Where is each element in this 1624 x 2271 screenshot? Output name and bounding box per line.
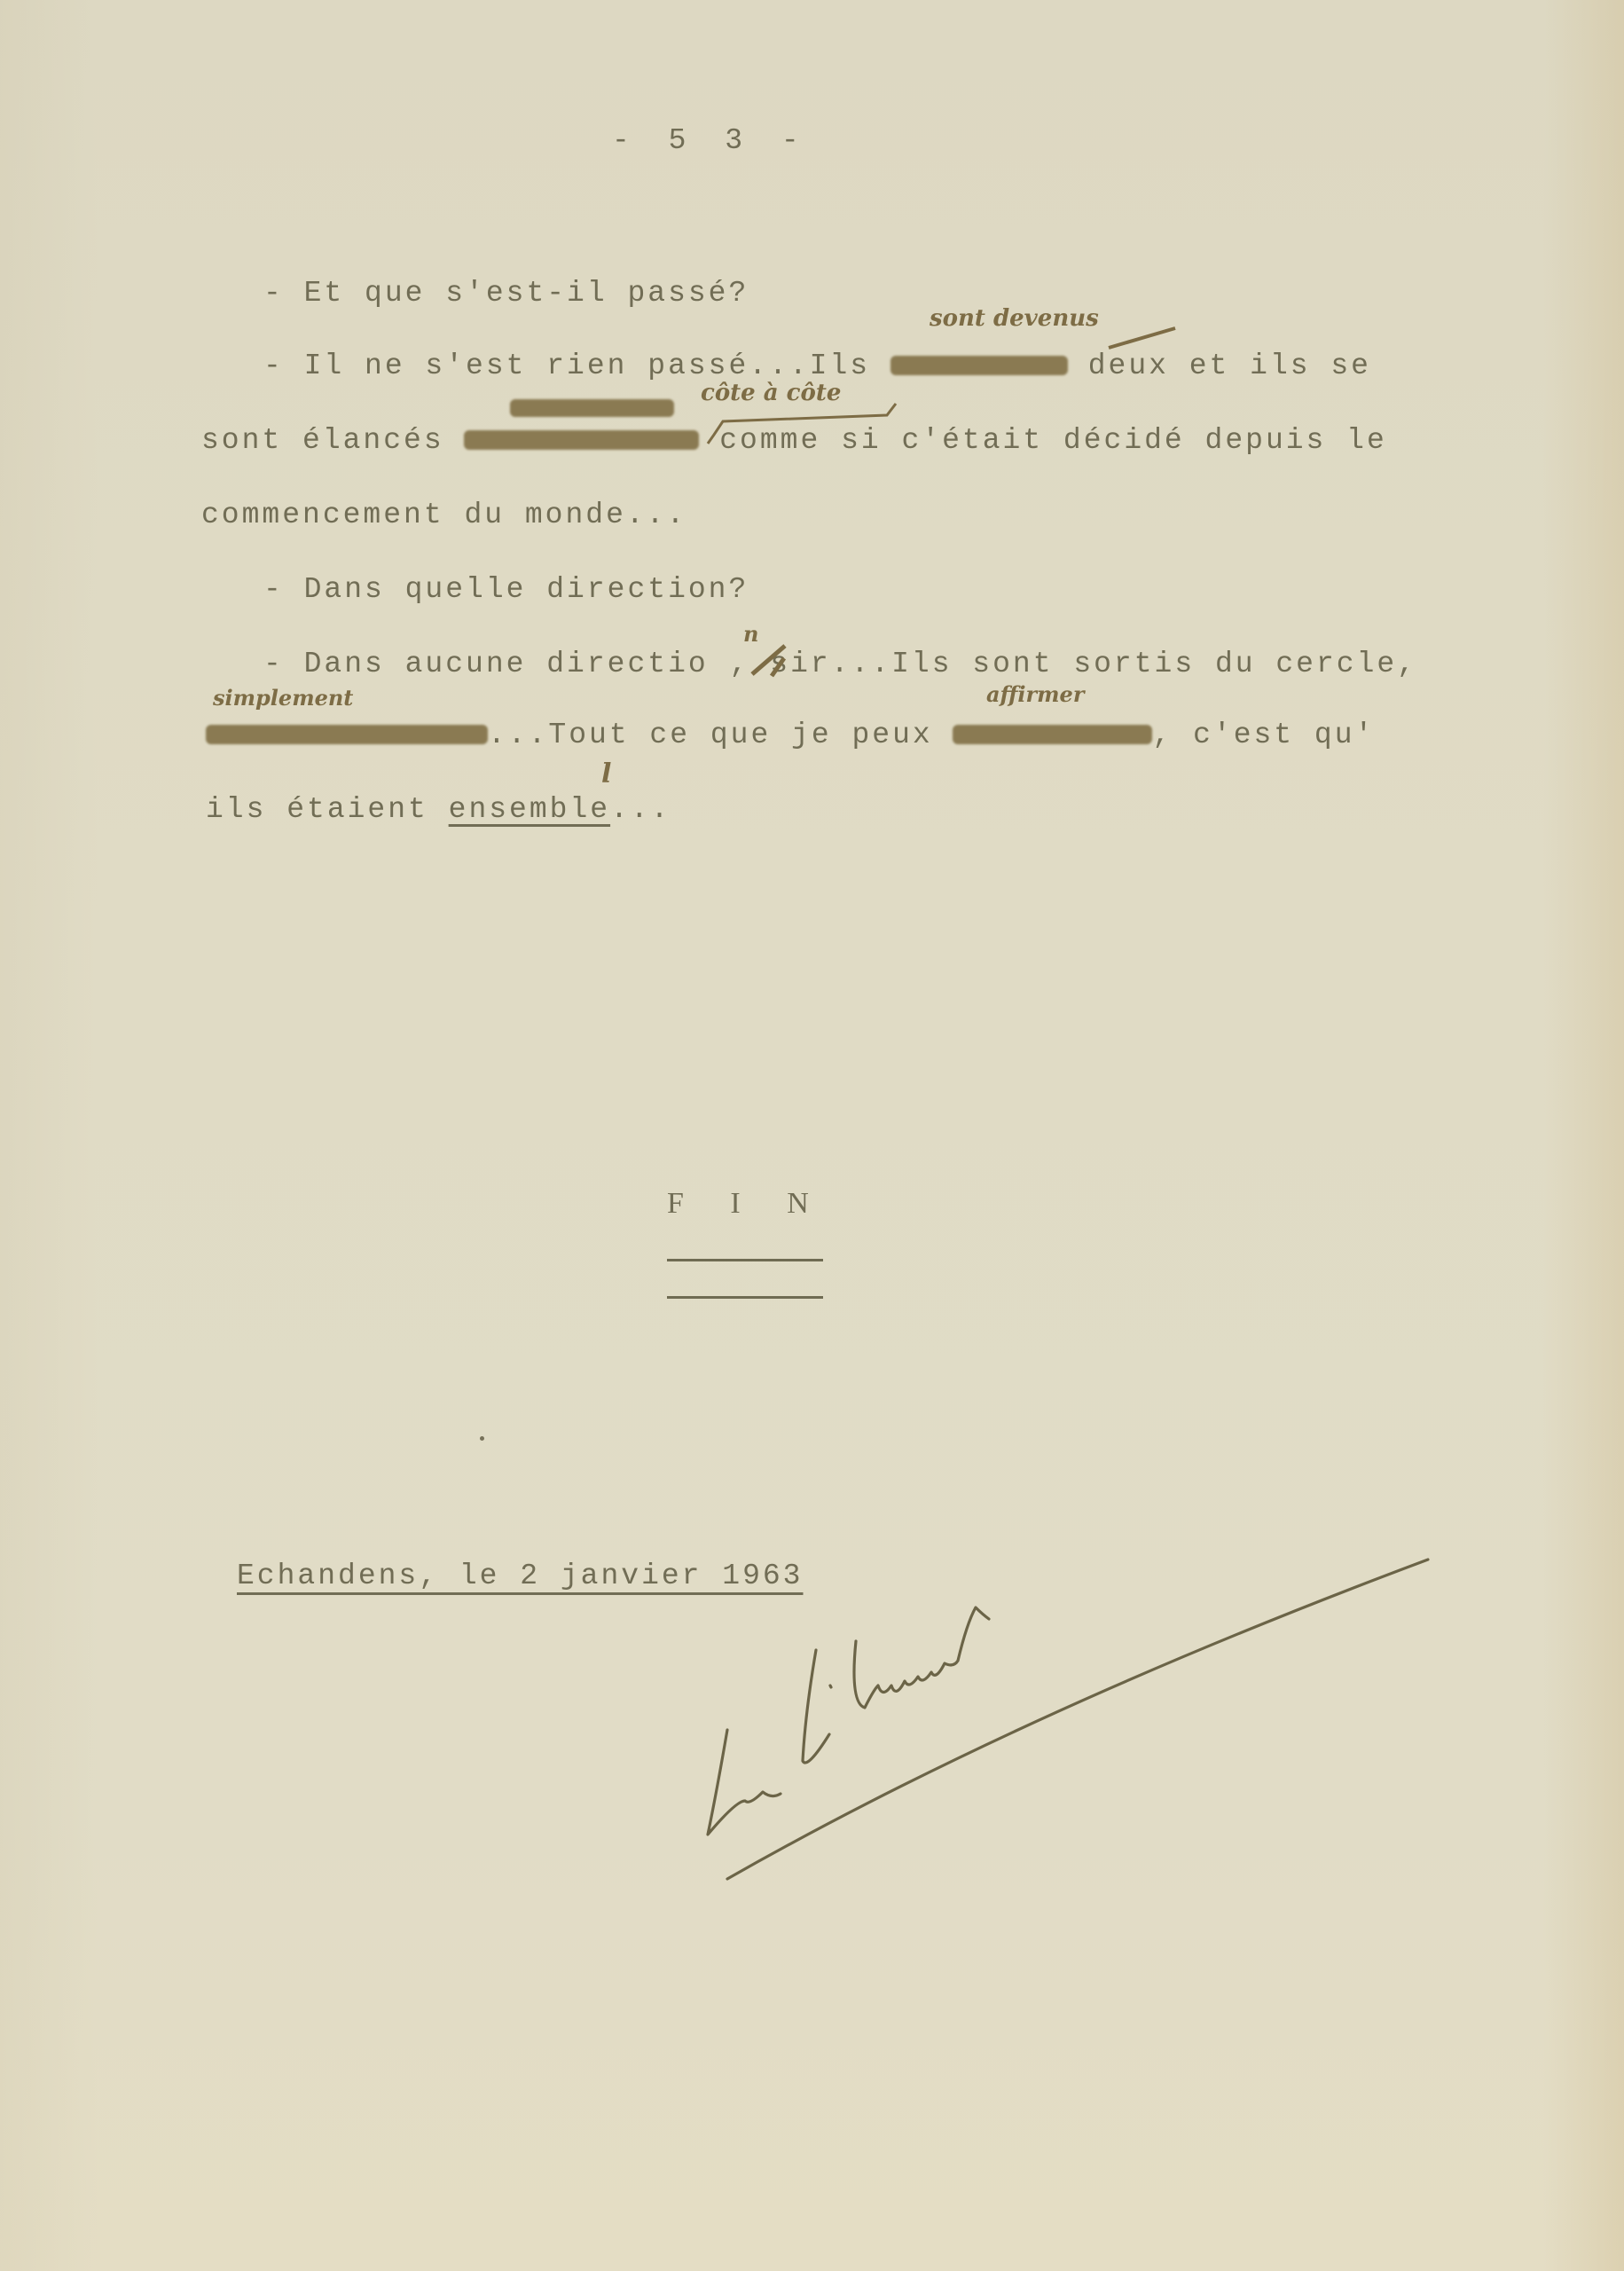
- place-date: Echandens, le 2 janvier 1963: [237, 1560, 804, 1592]
- fin-rule-bottom: [667, 1296, 823, 1299]
- handwritten-correction-n: n: [743, 621, 758, 647]
- page-number: - 5 3 -: [612, 124, 810, 157]
- line-6-text-a: - Dans aucune directio: [263, 648, 709, 680]
- handwritten-correction-simplement: simplement: [213, 685, 353, 711]
- ink-speck: [480, 1436, 484, 1441]
- struck-phrase: [953, 725, 1152, 744]
- line-7-text-a: ...Tout ce que je peux: [488, 719, 953, 751]
- handwritten-correction-cote-a-cote: côte à côte: [701, 380, 841, 406]
- document-page: - 5 3 - - Et que s'est-il passé? - Il ne…: [0, 0, 1624, 2271]
- dialogue-line-8: ils étaient ensemble...: [206, 793, 671, 826]
- signature-icon: [0, 0, 1, 1]
- dialogue-line-7: ...Tout ce que je peux , c'est qu': [206, 719, 1375, 751]
- handwritten-correction-l: l: [601, 758, 611, 790]
- handwritten-correction-affirmer: affirmer: [986, 681, 1084, 707]
- handwritten-correction-sont-devenus: sont devenus: [930, 305, 1099, 332]
- fin-heading: F I N: [667, 1187, 828, 1221]
- struck-handwritten-word: [510, 399, 674, 417]
- line-2-text-b: deux et ils se: [1068, 350, 1371, 382]
- dialogue-line-5: - Dans quelle direction?: [263, 573, 749, 606]
- underlined-word: ensemble: [449, 793, 610, 826]
- dialogue-line-2: - Il ne s'est rien passé...Ils deux et i…: [263, 350, 1371, 382]
- line-6-text-b: , sir...Ils sont sortis du cercle,: [730, 648, 1417, 680]
- fin-rule-top: [667, 1259, 823, 1261]
- dialogue-line-4: commencement du monde...: [201, 499, 686, 531]
- line-8-text-b: ...: [610, 793, 671, 826]
- dialogue-line-6: - Dans aucune directio, sir...Ils sont s…: [263, 648, 1417, 680]
- struck-word: [464, 430, 699, 450]
- dialogue-line-3: sont élancés comme si c'était décidé dep…: [201, 424, 1387, 457]
- dialogue-line-1: - Et que s'est-il passé?: [263, 277, 749, 310]
- line-8-text-a: ils étaient: [206, 793, 449, 826]
- struck-word: [890, 356, 1068, 375]
- line-2-text-a: - Il ne s'est rien passé...Ils: [263, 350, 890, 382]
- struck-phrase: [206, 725, 488, 744]
- line-7-text-b: , c'est qu': [1152, 719, 1375, 751]
- line-3-text-a: sont élancés: [201, 424, 464, 457]
- line-3-text-b: comme si c'était décidé depuis le: [699, 424, 1386, 457]
